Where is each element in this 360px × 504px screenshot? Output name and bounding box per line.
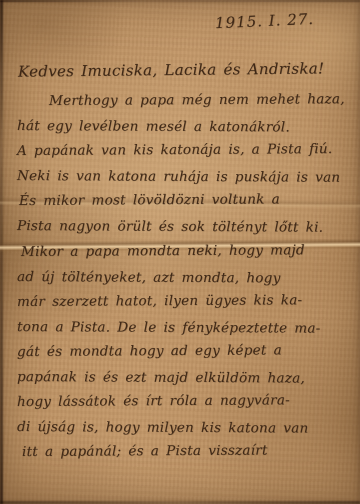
salutation-line: Kedves Imuciska, Lacika és Andriska! (18, 59, 324, 80)
handwriting-line: És mikor most lövöldözni voltunk a (19, 187, 354, 214)
handwriting-line: itt a papánál; és a Pista visszaírt (22, 438, 354, 465)
letter-body: Merthogy a papa még nem mehet haza, hát … (17, 89, 354, 465)
handwriting-line: Mikor a papa mondta neki, hogy majd (21, 238, 354, 265)
letter-date: 1915. I. 27. (215, 10, 315, 32)
letter-page: 1915. I. 27. Kedves Imuciska, Lacika és … (0, 0, 360, 504)
handwriting-line: gát és mondta hogy ad egy képet a (17, 338, 354, 365)
handwriting-line: Merthogy a papa még nem mehet haza, (49, 87, 354, 114)
handwriting-line: hogy lássátok és írt róla a nagyvára- (17, 388, 354, 415)
scan-edge-top (0, 0, 360, 2)
handwriting-line: A papának van kis katonája is, a Pista f… (17, 137, 354, 164)
handwriting-line: már szerzett hatot, ilyen ügyes kis ka- (17, 288, 354, 315)
